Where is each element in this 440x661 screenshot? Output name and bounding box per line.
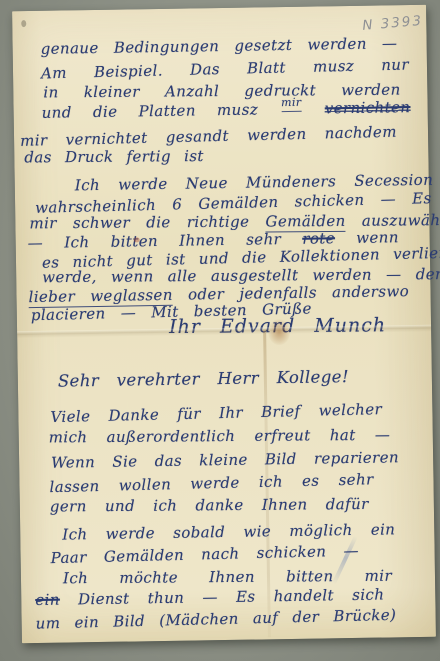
letter-line: ein Dienst thun — Es handelt sich [35,587,384,609]
photo-background: N 3393 genaue Bedingungen gesetzt werden… [0,0,440,661]
letter-line: mir vernichtet gesandt werden nachdem [20,124,397,150]
paper-sheet: N 3393 genaue Bedingungen gesetzt werden… [12,5,436,643]
stain [21,20,26,27]
struck-word: ein [35,591,60,609]
stain [268,319,290,345]
letter-line: genaue Bedingungen gesetzt werden — [41,35,398,58]
struck-word: vernichten [325,98,411,117]
line-text: und die Platten musz [42,100,259,121]
letter-line: um ein Bild (Mädchen auf der Brücke) [35,607,396,633]
letter-line: Am Beispiel. Das Blatt musz nur [41,56,409,82]
letter-line: mich außerordentlich erfreut hat — [49,427,391,447]
letter-line: das Druck fertig ist [24,148,204,166]
line-text: auszuwählen [362,211,440,230]
letter-line: Paar Gemälden nach schicken — [50,543,359,568]
line-text: mir schwer die richtige [29,213,249,233]
catalog-annotation: N 3393 [362,13,424,34]
struck-word: rote [302,229,335,248]
letter-line: gern und ich danke Ihnen dafür [50,496,369,516]
letter-greeting: Sehr verehrter Herr Kollege! [58,368,349,390]
letter-line: Ich werde sobald wie möglich ein [62,521,395,543]
line-text: Dienst thun — Es handelt sich [78,586,385,609]
letter-line: Ich möchte Ihnen bitten mir [63,568,392,588]
letter-line: lassen wollen werde ich es sehr [49,471,373,496]
letter-line: Viele Danke für Ihr Brief welcher [50,401,382,426]
stain [134,237,140,242]
inserted-word: mir [281,94,302,112]
letter-line: und die Platten musz mir vernichten [42,99,411,124]
letter-line: Wenn Sie das kleine Bild reparieren [51,449,399,471]
